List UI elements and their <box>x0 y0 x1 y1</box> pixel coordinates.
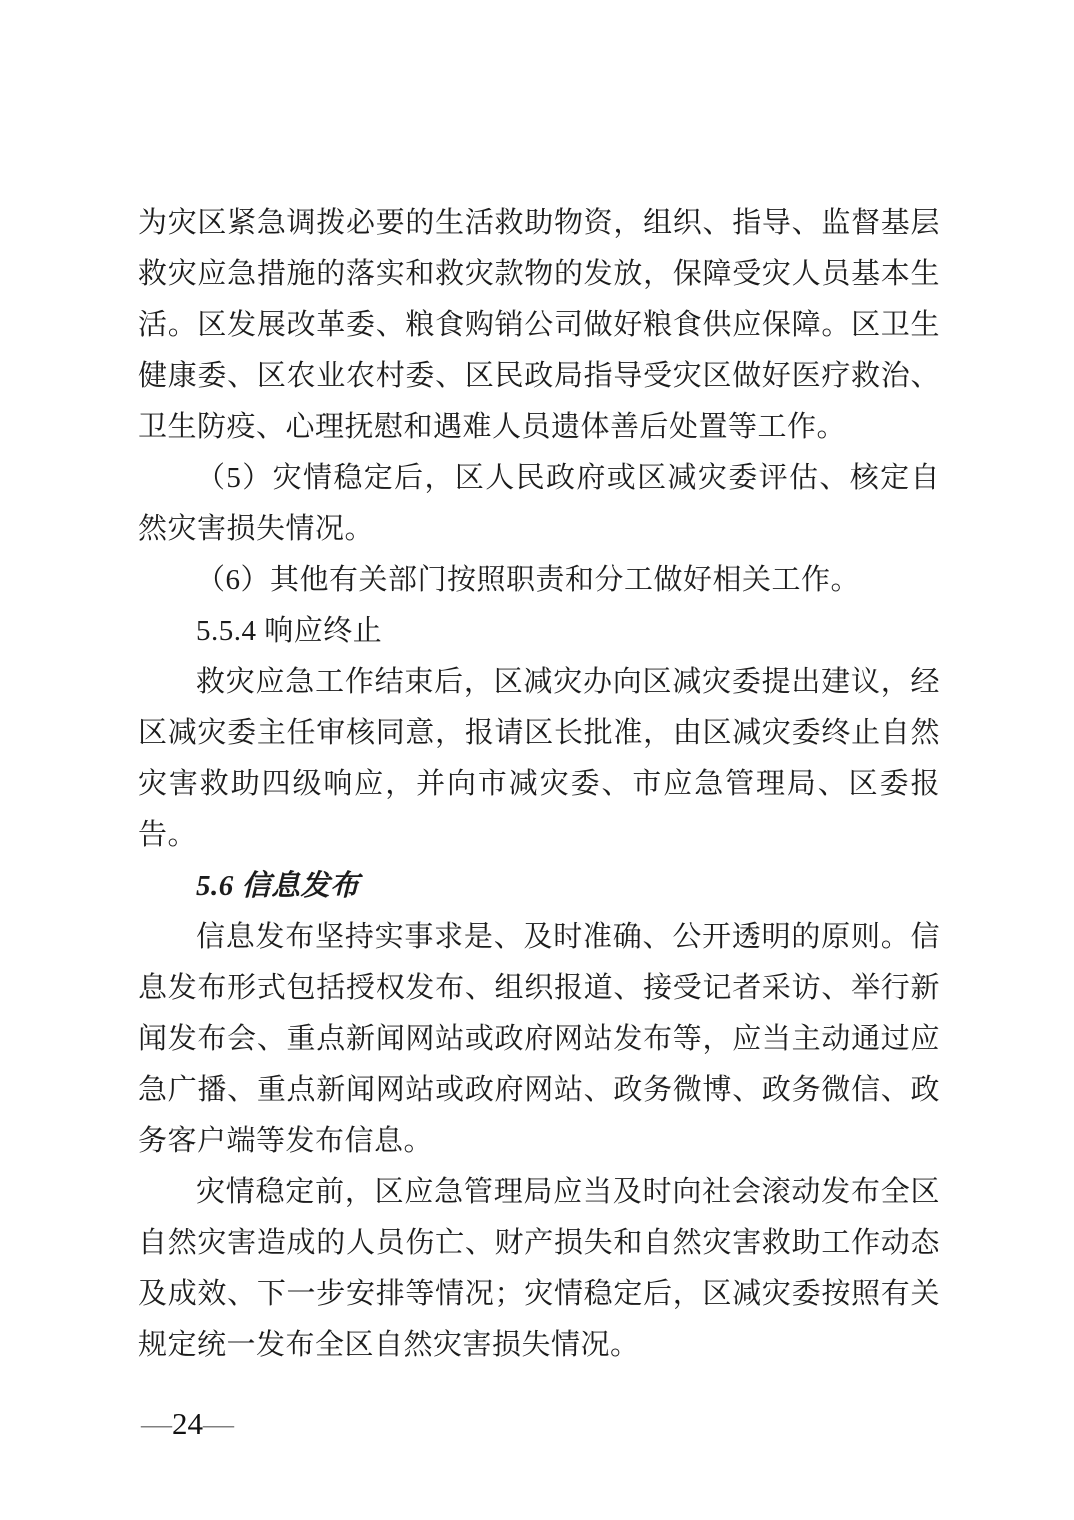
paragraph-continuation: 为灾区紧急调拨必要的生活救助物资，组织、指导、监督基层救灾应急措施的落实和救灾款… <box>138 198 940 453</box>
page-number-dash-left: — <box>141 1406 172 1441</box>
document-text-block: 为灾区紧急调拨必要的生活救助物资，组织、指导、监督基层救灾应急措施的落实和救灾款… <box>138 198 940 1371</box>
document-page: 为灾区紧急调拨必要的生活救助物资，组织、指导、监督基层救灾应急措施的落实和救灾款… <box>0 0 1074 1520</box>
paragraph-information-release: 信息发布坚持实事求是、及时准确、公开透明的原则。信息发布形式包括授权发布、组织报… <box>138 912 940 1167</box>
list-item-6: （6）其他有关部门按照职责和分工做好相关工作。 <box>138 555 940 606</box>
page-number: —24— <box>141 1404 234 1444</box>
paragraph-response-termination: 救灾应急工作结束后，区减灾办向区减灾委提出建议，经区减灾委主任审核同意，报请区长… <box>138 657 940 861</box>
paragraph-disaster-info-publication: 灾情稳定前，区应急管理局应当及时向社会滚动发布全区自然灾害造成的人员伤亡、财产损… <box>138 1167 940 1371</box>
page-number-dash-right: — <box>203 1406 234 1441</box>
page-number-value: 24 <box>172 1406 203 1441</box>
section-heading-5-5-4: 5.5.4 响应终止 <box>138 606 940 657</box>
section-heading-5-6: 5.6 信息发布 <box>138 861 940 912</box>
list-item-5: （5）灾情稳定后，区人民政府或区减灾委评估、核定自然灾害损失情况。 <box>138 453 940 555</box>
